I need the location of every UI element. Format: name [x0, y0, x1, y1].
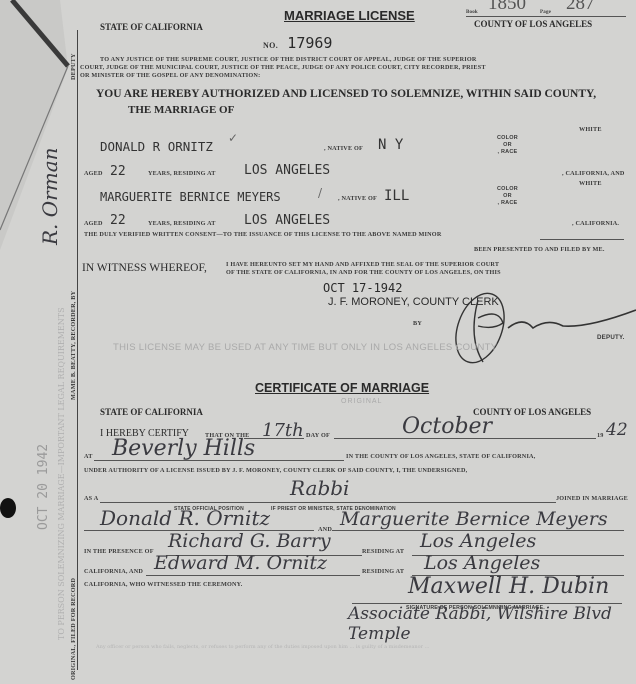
deputy-signature — [438, 288, 636, 370]
officiant-position: Rabbi — [290, 476, 349, 500]
groom-aged-label: AGED — [84, 170, 103, 177]
witness2-name: Edward M. Ornitz — [154, 552, 327, 574]
at-label: AT — [84, 453, 93, 460]
margin-instructions-heading: TO PERSON SOLEMNIZING MARRIAGE—IMPORTANT… — [57, 307, 66, 640]
page-number: 287 — [566, 0, 595, 15]
bride-age: 22 — [110, 213, 126, 228]
consent-line: THE DULY VERIFIED WRITTEN CONSENT—TO THE… — [84, 231, 441, 238]
page-label: Page — [540, 10, 551, 15]
joined-label: JOINED IN MARRIAGE — [556, 495, 628, 502]
witness2-residence: Los Angeles — [424, 552, 540, 574]
groom-race: WHITE — [579, 126, 602, 133]
validity-notice: THIS LICENSE MAY BE USED AT ANY TIME BUT… — [113, 342, 497, 353]
by-label: BY — [413, 320, 422, 327]
groom-native-of: N Y — [378, 137, 403, 153]
groom-signature: Donald R. Ornitz — [100, 506, 270, 530]
marriage-year: 42 — [606, 420, 628, 440]
bride-aged-label: AGED — [84, 220, 103, 227]
groom-residing-label: YEARS, RESIDING AT — [148, 170, 216, 177]
preamble-line-3: OR MINISTER OF THE GOSPEL OF ANY DENOMIN… — [80, 72, 260, 79]
county-line: IN THE COUNTY OF LOS ANGELES, STATE OF C… — [346, 453, 535, 460]
bride-state-suffix: , CALIFORNIA. — [572, 220, 619, 227]
bride-signature: Marguerite Bernice Meyers — [340, 508, 608, 530]
officiant-title: Associate Rabbi, Wilshire Blvd Temple — [348, 604, 636, 644]
marriage-place: Beverly Hills — [112, 436, 255, 461]
bride-native-of: ILL — [384, 188, 409, 204]
bride-race: WHITE — [579, 180, 602, 187]
marriage-of: THE MARRIAGE OF — [128, 104, 234, 116]
authority-line: UNDER AUTHORITY OF A LICENSE ISSUED BY J… — [84, 467, 467, 474]
certificate-title: CERTIFICATE OF MARRIAGE — [255, 381, 429, 395]
margin-deputy-label: DEPUTY — [70, 53, 77, 80]
bride-race-label: COLOR OR , RACE — [497, 186, 518, 207]
year-prefix: 19 — [597, 432, 604, 439]
bride-residing-label: YEARS, RESIDING AT — [148, 220, 216, 227]
marriage-month: October — [402, 414, 492, 439]
license-number: 17969 — [287, 34, 332, 52]
witness1-name: Richard G. Barry — [168, 530, 331, 552]
presented-line: BEEN PRESENTED TO AND FILED BY ME. — [474, 246, 605, 253]
groom-check-icon: ✓ — [228, 131, 238, 145]
license-state: STATE OF CALIFORNIA — [100, 22, 203, 32]
license-title: MARRIAGE LICENSE — [284, 8, 415, 23]
certificate-subtitle: ORIGINAL — [341, 398, 382, 405]
bride-name: MARGUERITE BERNICE MEYERS — [100, 190, 281, 204]
bride-check-icon: / — [318, 186, 322, 200]
groom-state-suffix: , CALIFORNIA, AND — [562, 170, 625, 177]
groom-name: DONALD R ORNITZ — [100, 139, 213, 154]
binding-hole — [0, 498, 16, 518]
bride-native-label: , NATIVE OF — [338, 195, 377, 202]
margin-rule — [77, 30, 78, 670]
license-no-label: NO. — [263, 41, 278, 50]
as-a-label: AS A — [84, 495, 98, 502]
residing-label-1: RESIDING AT — [362, 548, 404, 555]
license-number-block: NO. 17969 — [263, 33, 332, 52]
residing-label-2: RESIDING AT — [362, 568, 404, 575]
book-label: Book — [466, 10, 478, 15]
margin-filed-label: ORIGINAL, FILED FOR RECORD — [70, 578, 77, 680]
witnessed-label: CALIFORNIA, WHO WITNESSED THE CEREMONY. — [84, 581, 243, 588]
officiant-signature: Maxwell H. Dubin — [408, 574, 609, 599]
certificate-state: STATE OF CALIFORNIA — [100, 407, 203, 417]
day-of-label: DAY OF — [306, 432, 330, 439]
groom-race-label: COLOR OR , RACE — [497, 135, 518, 156]
margin-filed-stamp: OCT 20 1942 — [36, 444, 51, 530]
preamble-line-1: TO ANY JUSTICE OF THE SUPREME COURT, JUS… — [100, 56, 630, 63]
groom-residence: LOS ANGELES — [244, 163, 330, 178]
california-and-label: CALIFORNIA, AND — [84, 568, 143, 575]
license-county: COUNTY OF LOS ANGELES — [474, 19, 592, 29]
bride-residence: LOS ANGELES — [244, 213, 330, 228]
witness1-residence: Los Angeles — [420, 530, 536, 552]
book-number: 1850 — [488, 0, 526, 15]
margin-recorder-label: MAME B. BEATTY, RECORDER, BY — [70, 291, 77, 400]
witness-line-1: I HAVE HEREUNTO SET MY HAND AND AFFIXED … — [226, 261, 499, 268]
margin-recorder-signature: R. Orman — [38, 148, 62, 246]
witness-line-2: OF THE STATE OF CALIFORNIA, IN AND FOR T… — [226, 269, 501, 276]
groom-native-label: , NATIVE OF — [324, 145, 363, 152]
marriage-day: 17th — [262, 420, 304, 441]
authorized-line: YOU ARE HEREBY AUTHORIZED AND LICENSED T… — [96, 88, 596, 100]
fine-print: Any officer or person who fails, neglect… — [96, 644, 626, 650]
preamble-line-2: COURT, JUDGE OF THE MUNICIPAL COURT, JUS… — [80, 64, 630, 71]
witness-lead: IN WITNESS WHEREOF, — [82, 262, 207, 274]
presence-label: IN THE PRESENCE OF — [84, 548, 154, 555]
issue-date: OCT 17-1942 — [323, 281, 402, 295]
groom-age: 22 — [110, 164, 126, 179]
